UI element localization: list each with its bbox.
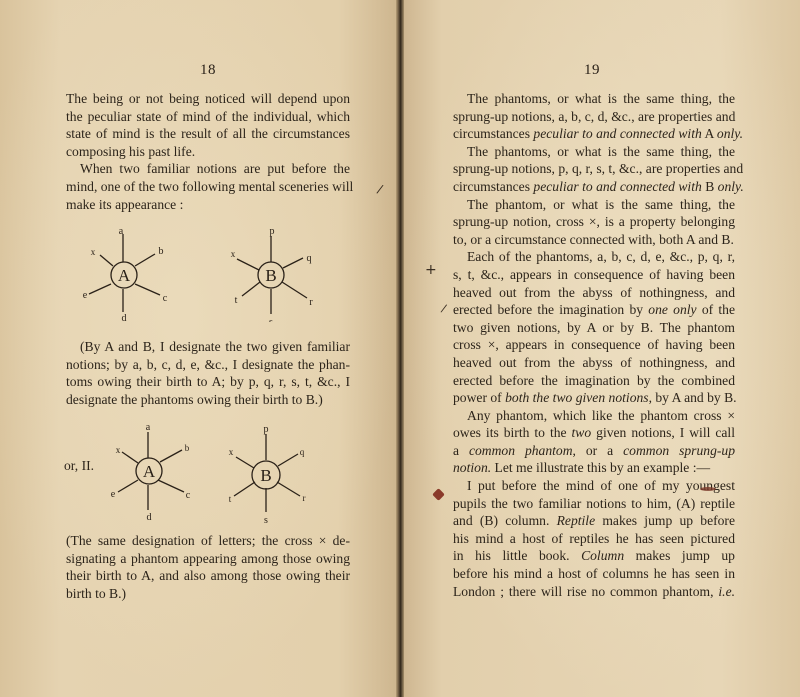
text-line: erected before the imagination by the co… [453, 372, 735, 390]
left-paragraph-3: (By A and B, I designate the two given f… [66, 338, 350, 408]
text-line: heaved out from the abyss of nothingness… [453, 284, 735, 302]
svg-text:q: q [307, 253, 312, 264]
text-line: before his mind a host of columns he has… [453, 565, 735, 583]
svg-text:x: x [229, 447, 234, 457]
text-line: The phantom, or what is the same thing, … [453, 196, 735, 214]
svg-text:e: e [111, 489, 116, 500]
left-paragraph-4: (The same designation of letters; the cr… [66, 532, 350, 602]
text-line-mixed: circumstances peculiar to and connected … [453, 125, 735, 143]
svg-text:x: x [116, 445, 121, 455]
svg-text:x: x [91, 247, 96, 257]
text-line-mixed: London ; there will rise no common phant… [453, 583, 735, 601]
text-line: two given notions, by A or by B. The pha… [453, 319, 735, 337]
text-line: their birth to A, and also among those o… [66, 567, 350, 585]
text-line: mind, one of the two following mental sc… [66, 178, 350, 196]
text-line: Each of the phantoms, a, b, c, d, e, &c.… [453, 248, 735, 266]
text-line: (By A and B, I designate the two given f… [66, 338, 350, 356]
svg-text:s: s [264, 515, 268, 525]
text-line: the peculiar state of mind of the indivi… [66, 108, 350, 126]
svg-text:p: p [270, 226, 275, 237]
page-number-right: 19 [584, 62, 600, 79]
text-line: signating a phantom appearing among thos… [66, 550, 350, 568]
text-line: pupils the two familiar notions to him, … [453, 495, 735, 513]
text-line: I put before the mind of one of my young… [453, 477, 735, 495]
text-line-mixed: a common phantom, or a common sprung-up [453, 442, 735, 460]
svg-text:c: c [186, 490, 191, 501]
text-line: sprung-up notions, p, q, r, s, t, &c., a… [453, 160, 735, 178]
text-line: sprung-up notion, cross ×, is a property… [453, 213, 735, 231]
svg-text:A: A [143, 462, 156, 481]
svg-text:c: c [163, 293, 168, 304]
right-text: The phantoms, or what is the same thing,… [453, 90, 735, 600]
text-line: notions; by a, b, c, d, e, &c., I design… [66, 356, 350, 374]
pencil-mark: + [425, 262, 437, 278]
text-line-mixed: in his little book. Column makes jump up [453, 547, 735, 565]
node-b-label: B [265, 266, 276, 285]
text-line: (The same designation of letters; the cr… [66, 532, 350, 550]
text-line: Any phantom, which like the phantom cros… [453, 407, 735, 425]
text-line-mixed: circumstances peculiar to and connected … [453, 178, 735, 196]
text-line: heaved out from the abyss of nothingness… [453, 354, 735, 372]
text-line: make its appearance : [66, 196, 350, 214]
text-line-mixed: erected before the imagination by one on… [453, 301, 735, 319]
text-line: When two familiar notions are put before… [66, 160, 350, 178]
figure-2-svg: A a b c d e x B p q r s t x [100, 420, 340, 525]
text-line: composing his past life. [66, 143, 350, 161]
left-paragraph-1: The being or not being noticed will depe… [66, 90, 350, 213]
text-line: The phantoms, or what is the same thing,… [453, 143, 735, 161]
text-line: s, t, &c., appears in consequence of hav… [453, 266, 735, 284]
svg-text:e: e [83, 290, 88, 301]
svg-text:B: B [260, 466, 271, 485]
text-line: to, or a circumstance connected with, bo… [453, 231, 735, 249]
text-line: state of mind is the result of all the c… [66, 125, 350, 143]
text-line: The phantoms, or what is the same thing,… [453, 90, 735, 108]
figure-1-svg: A a b c d e x B p q r s t x [75, 222, 355, 322]
book-spread: 18 The being or not being noticed will d… [0, 0, 800, 697]
text-line: birth to B.) [66, 585, 350, 603]
svg-text:a: a [146, 422, 151, 433]
svg-text:x: x [231, 249, 236, 259]
ink-stain [700, 487, 716, 491]
node-a-label: A [118, 266, 131, 285]
text-line-mixed: owes its birth to the two given notions,… [453, 424, 735, 442]
page-number-left: 18 [200, 62, 216, 79]
text-line: his mind a host of reptiles he has seen … [453, 530, 735, 548]
svg-text:d: d [147, 512, 152, 523]
text-line-mixed: power of both the two given notions, by … [453, 389, 735, 407]
text-line: cross ×, appears in consequence of havin… [453, 336, 735, 354]
svg-text:d: d [122, 313, 127, 322]
svg-text:a: a [119, 226, 124, 237]
figure-2-label: or, II. [64, 458, 94, 474]
svg-text:q: q [300, 447, 305, 457]
text-line-mixed: and (B) column. Reptile makes jump up be… [453, 512, 735, 530]
figure-2-diagram: A a b c d e x B p q r s t x [100, 420, 340, 525]
text-line: toms owing their birth to A; by p, q, r,… [66, 373, 350, 391]
text-line-mixed: notion. Let me illustrate this by an exa… [453, 459, 735, 477]
book-gutter [396, 0, 404, 697]
figure-1-diagram: A a b c d e x B p q r s t x [75, 222, 355, 322]
svg-text:r: r [303, 493, 306, 503]
text-line: sprung-up notions, a, b, c, d, &c., are … [453, 108, 735, 126]
svg-text:b: b [159, 246, 164, 257]
svg-text:t: t [235, 295, 238, 306]
svg-text:t: t [229, 494, 232, 504]
svg-text:s: s [269, 317, 273, 322]
text-line: designate the phantoms owing their birth… [66, 391, 350, 409]
svg-text:p: p [264, 424, 269, 435]
svg-text:r: r [309, 297, 313, 308]
text-line: The being or not being noticed will depe… [66, 90, 350, 108]
svg-text:b: b [185, 443, 190, 453]
